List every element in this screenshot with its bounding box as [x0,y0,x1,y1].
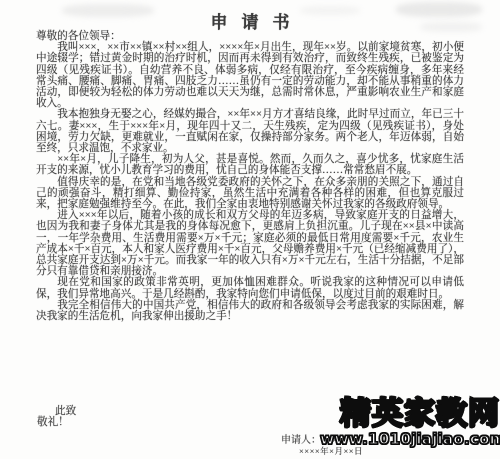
paragraph: 我本抱独身无娶之心，经媒妁撮合，××年××月方才喜结良缘，此时早过而立，年已三十… [36,109,464,154]
paragraph: 我完全相信伟大的中国共产党，相信伟大的政府和各级领导会考虑我家的实际困难，解决我… [36,300,464,322]
document-title: 申请书 [0,8,500,33]
paragraph: 现在党和国家的政策非常英明，更加体恤困难群众。听说我家的这种情况可以申请低保，我… [36,277,464,299]
scanned-application-letter: 申请书 尊敬的各位领导： 我叫×××，××市××镇××村××组人，××××年×月… [0,0,500,459]
letter-body: 尊敬的各位领导： 我叫×××，××市××镇××村××组人，××××年×月出生，现… [36,31,464,322]
watermark: 精英家教网 www.1010jiajiao.com [320,399,500,447]
closing-jingli: 敬礼！ [37,414,69,429]
salutation: 尊敬的各位领导： [36,31,464,42]
paragraph: 值得庆幸的是，在党和当地各级党委政府的关怀之下，在众多亲朋的关照之下，通过自己的… [36,177,464,211]
watermark-site-name: 精英家教网 [320,399,500,430]
paragraph: 进入×××年以后，随着小孩的成长和双方父母的年迈多病，导致家庭开支的日益增大，也… [36,210,464,277]
paragraph: 我叫×××，××市××镇××村××组人，××××年×月出生，现年××岁。以前家境… [36,42,464,109]
paragraph: ××年×月，儿子降生，初为人父，甚是喜悦。然而，久而久之，喜少忧多，忧家庭生活开… [36,154,464,176]
watermark-site-url: www.1010jiajiao.com [320,431,500,447]
